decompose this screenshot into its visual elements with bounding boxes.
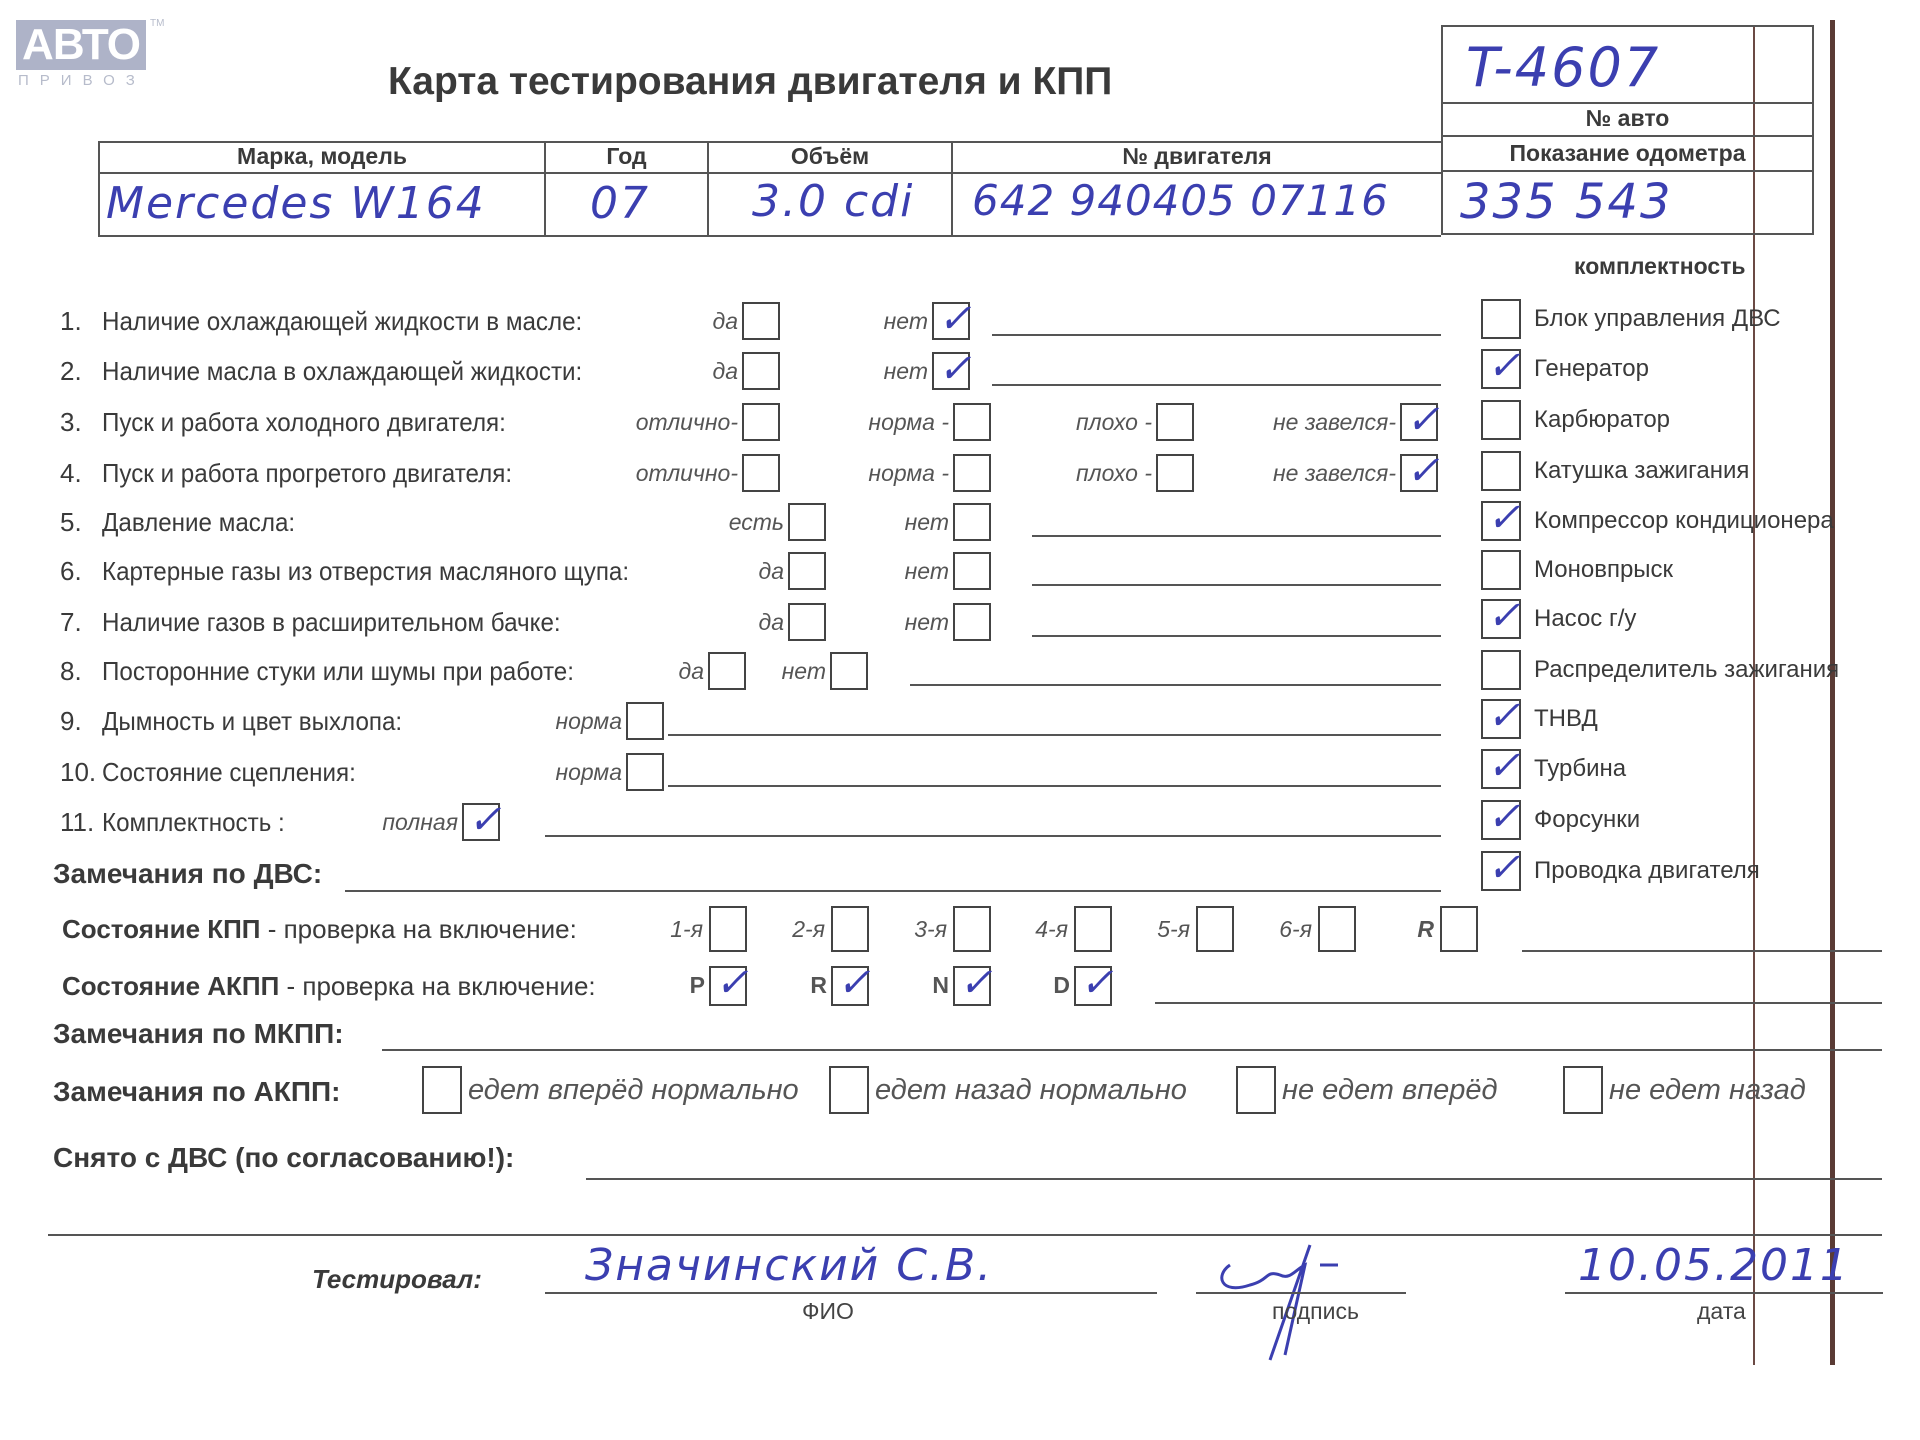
gear-checkbox[interactable] — [1440, 906, 1478, 952]
option-checkbox[interactable] — [953, 503, 991, 541]
completeness-checkbox[interactable] — [1481, 349, 1521, 389]
check-number: 1. — [60, 306, 82, 337]
completeness-label: ТНВД — [1534, 705, 1598, 733]
notes-field[interactable] — [668, 785, 1441, 787]
engine-number-value[interactable]: 642 940405 07116 — [972, 176, 1389, 225]
date-field — [1565, 1292, 1883, 1294]
option-label: не завелся- — [1230, 460, 1396, 487]
option-label: плохо - — [986, 409, 1152, 436]
option-label: полная — [292, 809, 458, 836]
completeness-checkbox[interactable] — [1481, 400, 1521, 440]
removed-label: Снято с ДВС (по согласованию!): — [53, 1142, 514, 1174]
check-number: 7. — [60, 607, 82, 638]
auto-remark-label: едет назад нормально — [875, 1074, 1187, 1107]
separator — [48, 1234, 1882, 1236]
option-label: да — [618, 609, 784, 636]
option-checkbox[interactable] — [932, 302, 970, 340]
gear-label: 4-я — [1020, 916, 1068, 943]
option-checkbox[interactable] — [626, 702, 664, 740]
logo-subtitle: ПРИВОЗ — [18, 72, 146, 89]
auto-remark-checkbox[interactable] — [422, 1066, 462, 1114]
gear-label: 5-я — [1142, 916, 1190, 943]
option-label: норма - — [783, 409, 949, 436]
gear-checkbox[interactable] — [1196, 906, 1234, 952]
notes-field[interactable] — [545, 835, 1441, 837]
check-label: Посторонние стуки или шумы при работе: — [102, 656, 574, 687]
signature-caption: подпись — [1272, 1298, 1359, 1325]
date-caption: дата — [1697, 1298, 1746, 1325]
volume-value[interactable]: 3.0 cdi — [752, 176, 914, 227]
completeness-title: комплектность — [1574, 253, 1746, 280]
make-model-value[interactable]: Mercedes W164 — [106, 178, 486, 229]
check-label: Давление масла: — [102, 507, 295, 538]
option-checkbox[interactable] — [1156, 403, 1194, 441]
check-label: Дымность и цвет выхлопа: — [102, 706, 402, 737]
vehicle-number-label: № авто — [1443, 105, 1812, 132]
completeness-checkbox[interactable] — [1481, 800, 1521, 840]
auto-remark-label: не едет назад — [1609, 1074, 1806, 1107]
manual-gearbox-label: Состояние КПП - проверка на включение: — [62, 914, 577, 945]
date-value[interactable]: 10.05.2011 — [1578, 1240, 1850, 1291]
option-checkbox[interactable] — [932, 352, 970, 390]
margin-line-thick — [1830, 20, 1835, 1365]
option-label: нет — [783, 558, 949, 585]
column-header-volume: Объём — [709, 143, 951, 170]
notes-field[interactable] — [668, 734, 1441, 736]
gear-position-checkbox[interactable] — [953, 966, 991, 1006]
gear-position-label: D — [1040, 972, 1070, 999]
check-label: Картерные газы из отверстия масляного щу… — [102, 556, 629, 587]
gear-label: 3-я — [899, 916, 947, 943]
column-header-make-model: Марка, модель — [100, 143, 544, 170]
check-number: 2. — [60, 356, 82, 387]
notes-field[interactable] — [1032, 635, 1441, 637]
odometer-value[interactable]: 335 543 — [1460, 174, 1673, 230]
option-label: не завелся- — [1230, 409, 1396, 436]
completeness-checkbox[interactable] — [1481, 299, 1521, 339]
name-caption: ФИО — [802, 1298, 854, 1325]
auto-remark-label: не едет вперёд — [1282, 1074, 1498, 1107]
gear-checkbox[interactable] — [1318, 906, 1356, 952]
gear-position-checkbox[interactable] — [1074, 966, 1112, 1006]
check-number: 10. — [60, 757, 96, 788]
logo-trademark: TM — [150, 18, 164, 29]
column-header-odometer: Показание одометра — [1443, 140, 1812, 167]
option-checkbox[interactable] — [953, 603, 991, 641]
completeness-checkbox[interactable] — [1481, 749, 1521, 789]
option-label: нет — [783, 509, 949, 536]
gear-position-label: N — [919, 972, 949, 999]
year-value[interactable]: 07 — [590, 178, 650, 229]
column-header-year: Год — [546, 143, 707, 170]
option-label: нет — [783, 609, 949, 636]
margin-line-thin — [1753, 25, 1755, 1365]
option-label: отлично- — [572, 460, 738, 487]
completeness-label: Компрессор кондиционера — [1534, 507, 1834, 535]
check-number: 11. — [60, 807, 94, 838]
auto-remark-checkbox[interactable] — [1563, 1066, 1603, 1114]
completeness-checkbox[interactable] — [1481, 699, 1521, 739]
completeness-checkbox[interactable] — [1481, 851, 1521, 891]
gear-label: 2-я — [777, 916, 825, 943]
option-checkbox[interactable] — [953, 552, 991, 590]
gear-checkbox[interactable] — [709, 906, 747, 952]
check-label: Пуск и работа холодного двигателя: — [102, 407, 506, 438]
manual-remarks-field[interactable] — [382, 1049, 1882, 1051]
completeness-label: Карбюратор — [1534, 406, 1670, 434]
gear-label: 6-я — [1264, 916, 1312, 943]
check-number: 6. — [60, 556, 82, 587]
option-label: нет — [660, 658, 826, 685]
completeness-checkbox[interactable] — [1481, 599, 1521, 639]
manual-remarks-label: Замечания по МКПП: — [53, 1018, 344, 1050]
option-label: да — [572, 358, 738, 385]
option-label: отлично- — [572, 409, 738, 436]
notes-field[interactable] — [992, 384, 1441, 386]
completeness-label: Блок управления ДВС — [1534, 305, 1781, 333]
option-checkbox[interactable] — [626, 753, 664, 791]
engine-remarks-label: Замечания по ДВС: — [53, 858, 322, 890]
page-title: Карта тестирования двигателя и КПП — [388, 60, 1112, 104]
engine-remarks-field[interactable] — [345, 890, 1441, 892]
completeness-label: Распределитель зажигания — [1534, 656, 1839, 684]
notes-field[interactable] — [910, 684, 1441, 686]
auto-remarks-label: Замечания по АКПП: — [53, 1076, 340, 1108]
logo: АВТО — [16, 20, 146, 70]
option-checkbox[interactable] — [742, 403, 780, 441]
check-number: 3. — [60, 407, 82, 438]
option-checkbox[interactable] — [1400, 403, 1438, 441]
notes-field[interactable] — [1032, 535, 1441, 537]
completeness-checkbox[interactable] — [1481, 451, 1521, 491]
gear-checkbox[interactable] — [1074, 906, 1112, 952]
gear-position-label: P — [675, 972, 705, 999]
option-checkbox[interactable] — [742, 454, 780, 492]
completeness-label: Проводка двигателя — [1534, 857, 1760, 885]
option-label: да — [618, 558, 784, 585]
completeness-label: Турбина — [1534, 755, 1626, 783]
completeness-checkbox[interactable] — [1481, 650, 1521, 690]
check-number: 4. — [60, 458, 82, 489]
option-label: норма - — [783, 460, 949, 487]
auto-remark-checkbox[interactable] — [829, 1066, 869, 1114]
auto-remark-label: едет вперёд нормально — [468, 1074, 799, 1107]
gear-position-label: R — [797, 972, 827, 999]
tester-name-value[interactable]: Значинский С.В. — [585, 1240, 993, 1291]
option-label: нет — [762, 358, 928, 385]
signature-field — [1196, 1292, 1406, 1294]
tested-by-label: Тестировал: — [312, 1264, 482, 1295]
auto-gearbox-notes-field[interactable] — [1155, 1002, 1882, 1004]
check-label: Наличие охлаждающей жидкости в масле: — [102, 306, 582, 337]
completeness-label: Катушка зажигания — [1534, 457, 1749, 485]
tester-name-field — [545, 1292, 1157, 1294]
completeness-checkbox[interactable] — [1481, 501, 1521, 541]
notes-field[interactable] — [992, 334, 1441, 336]
vehicle-number-value[interactable]: T-4607 — [1466, 36, 1660, 99]
gear-position-checkbox[interactable] — [709, 966, 747, 1006]
gear-label: R — [1386, 916, 1434, 943]
option-checkbox[interactable] — [830, 652, 868, 690]
option-label: нет — [762, 308, 928, 335]
gear-position-checkbox[interactable] — [831, 966, 869, 1006]
auto-remark-checkbox[interactable] — [1236, 1066, 1276, 1114]
completeness-label: Насос г/у — [1534, 605, 1636, 633]
gear-checkbox[interactable] — [953, 906, 991, 952]
option-label: плохо - — [986, 460, 1152, 487]
gear-label: 1-я — [655, 916, 703, 943]
check-number: 9. — [60, 706, 82, 737]
manual-gearbox-notes-field[interactable] — [1522, 950, 1882, 952]
option-label: да — [572, 308, 738, 335]
completeness-label: Форсунки — [1534, 806, 1640, 834]
option-label: норма — [456, 759, 622, 786]
option-checkbox[interactable] — [1400, 454, 1438, 492]
option-checkbox[interactable] — [462, 803, 500, 841]
check-number: 5. — [60, 507, 82, 538]
column-header-engine-number: № двигателя — [953, 143, 1441, 170]
check-label: Комплектность : — [102, 807, 285, 838]
completeness-label: Моновпрыск — [1534, 556, 1673, 584]
completeness-checkbox[interactable] — [1481, 550, 1521, 590]
notes-field[interactable] — [1032, 584, 1441, 586]
option-label: норма — [456, 708, 622, 735]
check-label: Наличие газов в расширительном бачке: — [102, 607, 561, 638]
auto-gearbox-label: Состояние АКПП - проверка на включение: — [62, 971, 596, 1002]
option-checkbox[interactable] — [1156, 454, 1194, 492]
check-label: Состояние сцепления: — [102, 757, 356, 788]
check-number: 8. — [60, 656, 82, 687]
check-label: Пуск и работа прогретого двигателя: — [102, 458, 512, 489]
check-label: Наличие масла в охлаждающей жидкости: — [102, 356, 582, 387]
removed-field[interactable] — [586, 1178, 1882, 1180]
gear-checkbox[interactable] — [831, 906, 869, 952]
completeness-label: Генератор — [1534, 355, 1649, 383]
option-label: есть — [618, 509, 784, 536]
